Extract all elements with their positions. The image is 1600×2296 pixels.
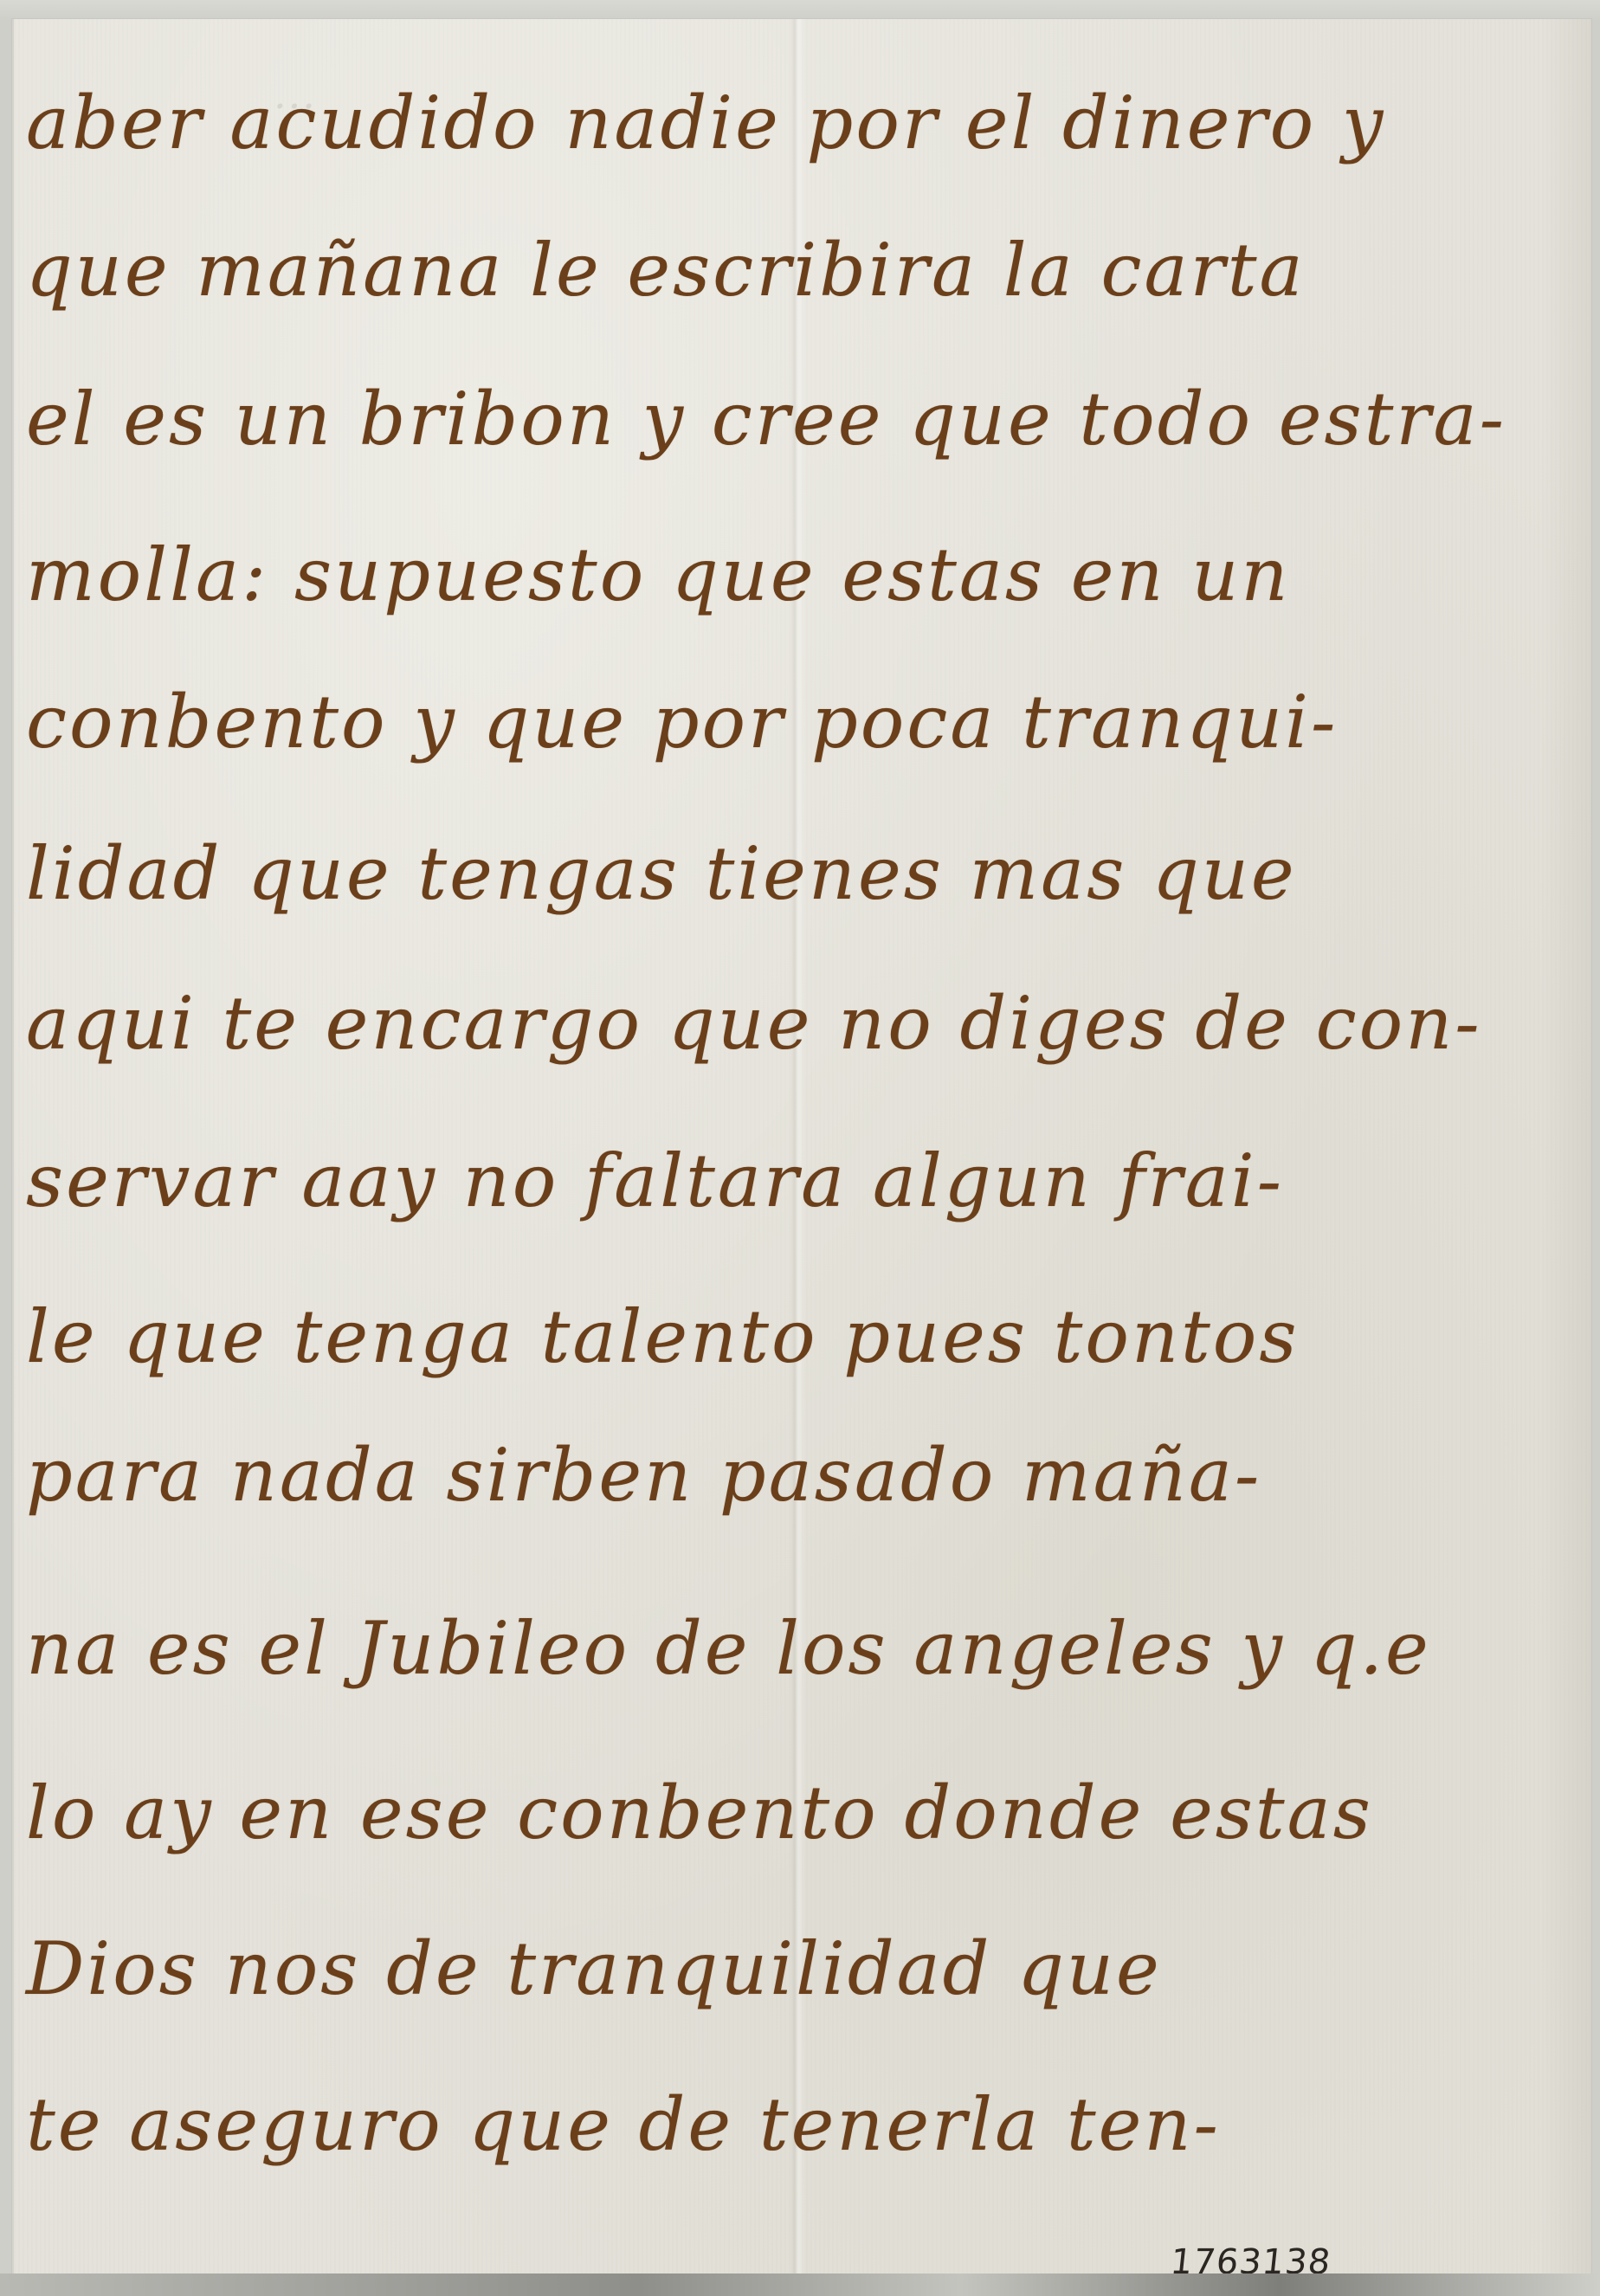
manuscript-sheet: ... aber acudido nadie por el dinero y q… xyxy=(12,19,1591,2275)
manuscript-photo: ... aber acudido nadie por el dinero y q… xyxy=(0,0,1600,2296)
photo-bottom-edge xyxy=(0,2273,1600,2296)
handwritten-text: aber acudido nadie por el dinero y que m… xyxy=(14,19,1591,2275)
manuscript-line-10: para nada sirben pasado maña- xyxy=(26,1439,1574,1512)
manuscript-line-13: Dios nos de tranquilidad que xyxy=(26,1932,1574,2005)
manuscript-line-7: aqui te encargo que no diges de con- xyxy=(26,987,1574,1060)
manuscript-line-6: lidad que tengas tienes mas que xyxy=(26,837,1574,910)
manuscript-line-9: le que tenga talento pues tontos xyxy=(26,1300,1574,1373)
manuscript-line-3: el es un bribon y cree que todo estra- xyxy=(26,383,1574,455)
manuscript-line-11: na es el Jubileo de los angeles y q.e xyxy=(26,1612,1574,1685)
manuscript-line-8: servar aay no faltara algun frai- xyxy=(26,1145,1574,1217)
manuscript-line-2: que mañana le escribira la carta xyxy=(26,234,1574,306)
manuscript-line-14: te aseguro que de tenerla ten- xyxy=(26,2088,1574,2161)
manuscript-line-4: molla: supuesto que estas en un xyxy=(26,539,1574,611)
manuscript-line-12: lo ay en ese conbento donde estas xyxy=(26,1777,1574,1849)
photo-top-edge xyxy=(0,0,1600,21)
manuscript-line-5: conbento y que por poca tranqui- xyxy=(26,686,1574,758)
manuscript-line-1: aber acudido nadie por el dinero y xyxy=(26,87,1574,159)
